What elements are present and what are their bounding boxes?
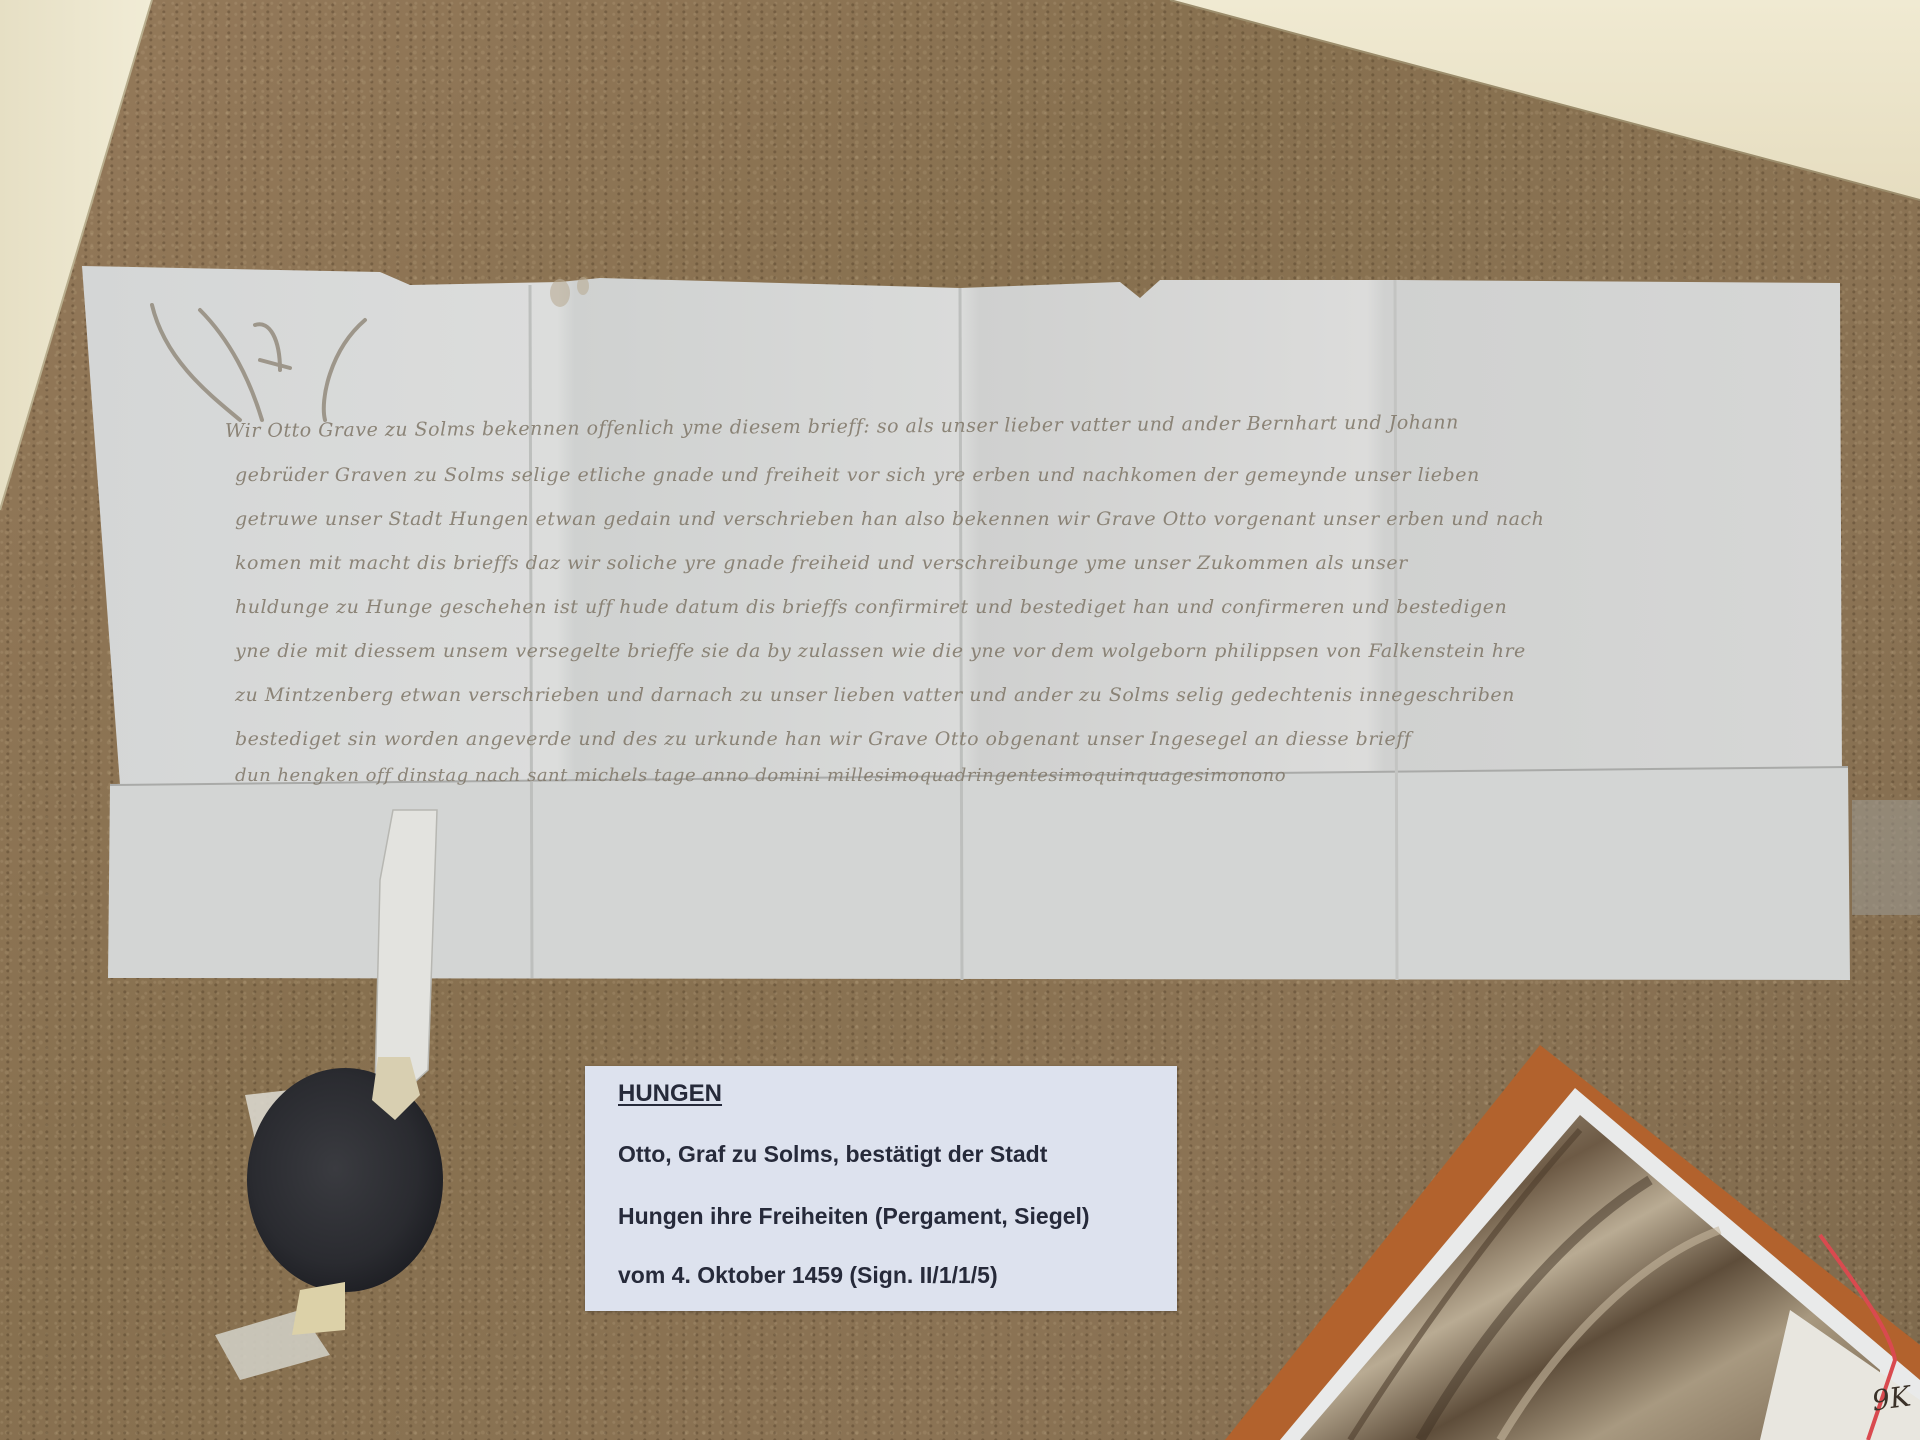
- seal-strap: [375, 810, 437, 1100]
- label-line: Otto, Graf zu Solms, bestätigt der Stadt: [618, 1141, 1047, 1168]
- label-line: Hungen ihre Freiheiten (Pergament, Siege…: [618, 1203, 1090, 1230]
- label-line: vom 4. Oktober 1459 (Sign. II/1/1/5): [618, 1262, 998, 1289]
- label-title: HUNGEN: [618, 1080, 722, 1108]
- wax-seal: [247, 1068, 443, 1292]
- mount-tab-right: [1852, 800, 1920, 915]
- parchment-fold-flap: [108, 767, 1850, 980]
- old-bound-book: [1225, 1045, 1920, 1440]
- caption-label: HUNGEN Otto, Graf zu Solms, bestätigt de…: [585, 1066, 1177, 1311]
- book-handwritten-note: 9K: [1870, 1379, 1913, 1417]
